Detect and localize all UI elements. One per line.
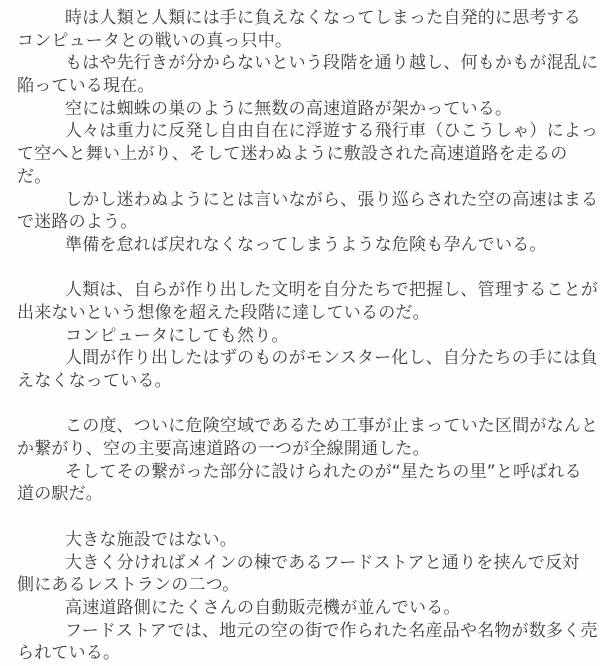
text-line: て空へと舞い上がり、そして迷わぬように敷設された高速道路を走るの: [17, 143, 584, 166]
blank-line: [17, 393, 584, 416]
text-line: 人々は重力に反発し自由自在に浮遊する飛行車（ひこうしゃ）によっ: [17, 120, 584, 143]
text-line: られている。: [17, 642, 584, 665]
text-line: えなくなっている。: [17, 370, 584, 393]
text-line: コンピュータにしても然り。: [17, 325, 584, 348]
document-body: 時は人類と人類には手に負えなくなってしまった自発的に思考するコンピュータとの戦い…: [17, 7, 584, 665]
text-line: か繋がり、空の主要高速道路の一つが全線開通した。: [17, 438, 584, 461]
text-line: 人類は、自らが作り出した文明を自分たちで把握し、管理することが: [17, 279, 584, 302]
text-line: そしてその繋がった部分に設けられたのが“星たちの里”と呼ばれる: [17, 461, 584, 484]
text-line: 出来ないという想像を超えた段階に達しているのだ。: [17, 302, 584, 325]
text-line: 時は人類と人類には手に負えなくなってしまった自発的に思考する: [17, 7, 584, 30]
text-line: 陥っている現在。: [17, 75, 584, 98]
text-line: だ。: [17, 166, 584, 189]
text-line: 大きな施設ではない。: [17, 529, 584, 552]
text-line: 空には蜘蛛の巣のように無数の高速道路が架かっている。: [17, 98, 584, 121]
text-line: フードストアでは、地元の空の街で作られた名産品や名物が数多く売: [17, 620, 584, 643]
document-page: 時は人類と人類には手に負えなくなってしまった自発的に思考するコンピュータとの戦い…: [0, 0, 600, 666]
text-line: もはや先行きが分からないという段階を通り越し、何もかもが混乱に: [17, 52, 584, 75]
blank-line: [17, 257, 584, 280]
text-line: 人間が作り出したはずのものがモンスター化し、自分たちの手には負: [17, 347, 584, 370]
text-line: コンピュータとの戦いの真っ只中。: [17, 30, 584, 53]
text-line: 側にあるレストランの二つ。: [17, 574, 584, 597]
text-line: この度、ついに危険空域であるため工事が止まっていた区間がなんと: [17, 415, 584, 438]
blank-line: [17, 506, 584, 529]
text-line: で迷路のよう。: [17, 211, 584, 234]
text-line: 大きく分ければメインの棟であるフードストアと通りを挟んで反対: [17, 552, 584, 575]
text-line: 準備を怠れば戻れなくなってしまうような危険も孕んでいる。: [17, 234, 584, 257]
text-line: 高速道路側にたくさんの自動販売機が並んでいる。: [17, 597, 584, 620]
text-line: 道の駅だ。: [17, 483, 584, 506]
text-line: しかし迷わぬようにとは言いながら、張り巡らされた空の高速はまる: [17, 189, 584, 212]
